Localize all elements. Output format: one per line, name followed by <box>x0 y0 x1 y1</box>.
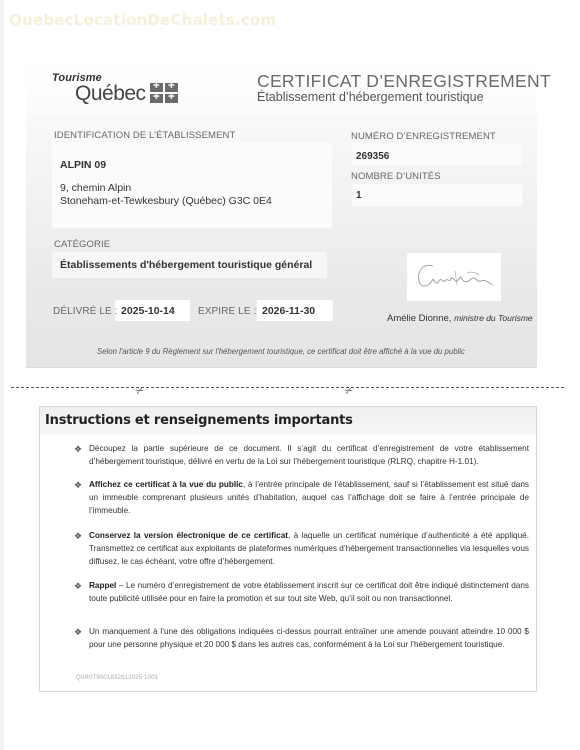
cut-line <box>11 387 564 388</box>
expiry-label: EXPIRE LE : <box>198 306 256 317</box>
certificate-subtitle: Établissement d’hébergement touristique <box>257 90 484 104</box>
certificate-title: CERTIFICAT D’ENREGISTREMENT <box>257 71 551 92</box>
issued-date: 2025-10-14 <box>121 305 175 317</box>
instruction-item-text: – Le numéro d’enregistrement de votre ét… <box>89 581 529 603</box>
units-count: 1 <box>356 190 362 201</box>
watermark: QuebecLocationDeChalets.com <box>9 11 276 29</box>
diamond-bullet-icon: ❖ <box>74 480 82 491</box>
instruction-item: Conservez la version électronique de ce … <box>89 530 529 568</box>
establishment-name: ALPIN 09 <box>60 159 106 171</box>
instruction-item-bold: Conservez la version électronique de ce … <box>89 531 288 540</box>
scan-edge <box>0 0 4 750</box>
expiry-date: 2026-11-30 <box>262 305 315 317</box>
address-line1: 9, chemin Alpin <box>60 182 131 194</box>
category-label: CATÉGORIE <box>54 239 110 250</box>
instructions-header: Instructions et renseignements important… <box>40 407 536 435</box>
diamond-bullet-icon: ❖ <box>74 627 82 638</box>
minister-signature-caption: Amélie Dionne, ministre du Tourisme <box>387 313 533 324</box>
address-line2: Stoneham-et-Tewkesbury (Québec) G3C 0E4 <box>60 195 272 207</box>
instructions-panel: Instructions et renseignements important… <box>39 406 537 692</box>
registration-number-label: NUMÉRO D’ENREGISTREMENT <box>351 131 496 142</box>
document-id: Q0R0T9001832612025 1001 <box>76 675 158 681</box>
diamond-bullet-icon: ❖ <box>74 444 82 455</box>
diamond-bullet-icon: ❖ <box>74 531 82 542</box>
instructions-title: Instructions et renseignements important… <box>45 413 353 428</box>
instruction-item-bold: Rappel <box>89 581 116 590</box>
quebec-flag-icon <box>150 83 178 103</box>
units-label: NOMBRE D’UNITÉS <box>351 171 441 182</box>
units-box <box>352 184 522 206</box>
logo-quebec-text: Québec <box>75 82 146 106</box>
diamond-bullet-icon: ❖ <box>74 581 82 592</box>
category-value: Établissements d'hébergement touristique… <box>60 259 312 271</box>
registration-number: 269356 <box>356 151 389 162</box>
issued-label: DÉLIVRÉ LE : <box>53 306 118 317</box>
instruction-item: Un manquement à l’une des obligations in… <box>89 626 529 652</box>
minister-title: ministre du Tourisme <box>454 313 533 323</box>
instruction-item: Rappel – Le numéro d’enregistrement de v… <box>89 580 529 606</box>
instruction-item-text: Découpez la partie supérieure de ce docu… <box>89 444 529 466</box>
tourisme-quebec-logo: Tourisme Québec <box>52 72 102 84</box>
minister-name: Amélie Dionne <box>387 313 449 324</box>
instruction-item-text: Un manquement à l’une des obligations in… <box>89 627 529 649</box>
instruction-item: Découpez la partie supérieure de ce docu… <box>89 443 529 469</box>
signature-image <box>411 257 497 297</box>
identification-label: IDENTIFICATION DE L’ÉTABLISSEMENT <box>54 130 235 141</box>
instruction-item-bold: Affichez ce certificat à la vue du publi… <box>89 480 243 489</box>
instruction-item: Affichez ce certificat à la vue du publi… <box>89 479 529 517</box>
display-requirement-note: Selon l'article 9 du Règlement sur l'héb… <box>97 347 465 356</box>
